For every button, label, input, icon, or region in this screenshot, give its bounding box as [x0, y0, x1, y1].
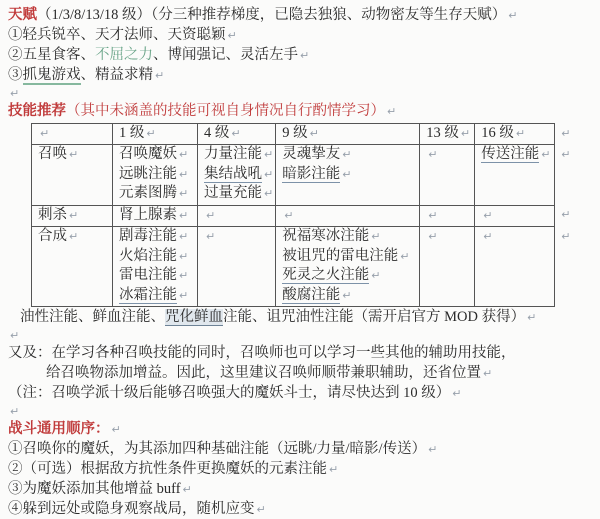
- talent-item-1: ①轻兵锐卒、天才法师、天资聪颖↵: [8, 25, 592, 45]
- level-header-label: 4 级: [204, 125, 229, 141]
- paragraph-mark: ↵: [561, 127, 570, 140]
- skill-cell: ↵: [420, 205, 475, 227]
- talent-item-2: ②五星食客、不屈之力、博闻强记、灵活左手↵: [8, 45, 592, 65]
- skill-name: 远眺注能: [119, 166, 177, 182]
- text-run: ①轻兵锐卒、天才法师、天资聪颖: [8, 27, 226, 43]
- skill-table-row: 召唤↵召唤魔妖↵远眺注能↵元素图腾↵力量注能↵集结战吼↵过量充能↵灵魂挚友↵暗影…: [32, 145, 583, 206]
- skills-footnote: 油性注能、鲜血注能、咒化鲜血注能、诅咒油性注能（需开启官方 MOD 获得）↵: [8, 307, 592, 327]
- skill-line: 雷电注能↵: [119, 266, 195, 286]
- skill-name: 灵魂挚友: [282, 146, 340, 162]
- paragraph-mark: ↵: [561, 148, 570, 161]
- styled-text-run: 技能推荐: [8, 103, 66, 119]
- paragraph-mark: ↵: [508, 9, 517, 22]
- skill-line: 冰霜注能↵: [119, 286, 195, 306]
- level-header-cell: 9 级↵: [276, 124, 420, 145]
- paragraph-mark: ↵: [371, 269, 380, 282]
- paragraph-mark: ↵: [206, 209, 215, 222]
- skill-cell: 召唤魔妖↵远眺注能↵元素图腾↵: [113, 145, 198, 206]
- paragraph-mark: ↵: [400, 250, 409, 263]
- skill-name: 传送注能: [481, 146, 539, 163]
- skill-line: 力量注能↵: [204, 145, 273, 165]
- paragraph-mark: ↵: [329, 463, 338, 476]
- skill-line: 远眺注能↵: [119, 165, 195, 185]
- paragraph-mark: ↵: [69, 230, 78, 243]
- paragraph-mark: ↵: [183, 483, 192, 496]
- school-label: 合成: [38, 228, 67, 244]
- text-run: （注：召唤学派十级后能够召唤强大的魔妖斗士，请尽快达到 10 级）: [8, 385, 450, 401]
- skill-cell: 力量注能↵集结战吼↵过量充能↵: [198, 145, 276, 206]
- skill-name: 元素图腾: [119, 185, 177, 201]
- skill-name: 召唤魔妖: [119, 146, 177, 162]
- skill-name: 肾上腺素: [119, 207, 177, 223]
- document-page: 天赋（1/3/8/13/18 级）（分三种推荐梯度，已隐去独狼、动物密友等生存天…: [0, 0, 600, 519]
- paragraph-mark: ↵: [179, 269, 188, 282]
- skill-table-row: 合成↵剧毒注能↵火焰注能↵雷电注能↵冰霜注能↵↵祝福寒冰注能↵被诅咒的雷电注能↵…: [32, 227, 583, 307]
- blank-paragraph: ↵: [8, 85, 592, 101]
- paragraph-mark: ↵: [452, 387, 461, 400]
- combat-heading: 战斗通用顺序：↵: [8, 419, 592, 439]
- addendum-line-1: 又及：在学习各种召唤技能的同时，召唤师也可以学习一些其他的辅助用技能，: [8, 343, 592, 363]
- skill-name: 酸腐注能: [282, 287, 340, 304]
- paragraph-mark: ↵: [69, 209, 78, 222]
- paragraph-mark: ↵: [179, 230, 188, 243]
- level-header-label: 16 级: [481, 125, 514, 141]
- skill-line: 被诅咒的雷电注能↵: [282, 247, 417, 267]
- school-label-cell: 召唤↵: [32, 145, 113, 206]
- skill-cell: 肾上腺素↵: [113, 205, 198, 227]
- paragraph-mark: ↵: [257, 503, 266, 516]
- text-run: 、精益求精: [81, 67, 154, 83]
- text-run: 给召唤物添加增益。因此，这里建议召唤师顺带兼职辅助，还省位置: [46, 365, 481, 381]
- paragraph-mark: ↵: [231, 127, 240, 140]
- styled-text-run: 不屈之力: [95, 47, 153, 63]
- level-header-label: 13 级: [426, 125, 459, 141]
- skill-line: 过量充能↵: [204, 184, 273, 204]
- level-header-label: 9 级: [282, 125, 307, 141]
- combat-step-1: ①召唤你的魔妖，为其添加四种基础注能（远眺/力量/暗影/传送）↵: [8, 439, 592, 459]
- text-run: ④躲到远处或隐身观察战局，随机应变: [8, 501, 255, 517]
- paragraph-mark: ↵: [10, 329, 19, 342]
- paragraph-mark: ↵: [146, 127, 155, 140]
- addendum-note: （注：召唤学派十级后能够召唤强大的魔妖斗士，请尽快达到 10 级）↵: [8, 383, 592, 403]
- skill-table-row: 刺杀↵肾上腺素↵↵↵↵↵↵: [32, 205, 583, 227]
- text-run: ③: [8, 67, 23, 83]
- paragraph-mark: ↵: [541, 148, 550, 161]
- paragraph-mark: ↵: [179, 168, 188, 181]
- school-label: 召唤: [38, 146, 67, 162]
- skill-line: 死灵之火注能↵: [282, 266, 417, 286]
- paragraph-mark: ↵: [428, 148, 437, 161]
- skill-line: 火焰注能↵: [119, 247, 195, 267]
- text-run: ②（可选）根据敌方抗性条件更换魔妖的元素注能: [8, 461, 327, 477]
- text-run: 又及：在学习各种召唤技能的同时，召唤师也可以学习一些其他的辅助用技能，: [8, 345, 516, 361]
- paragraph-mark: ↵: [69, 148, 78, 161]
- skill-line: 祝福寒冰注能↵: [282, 227, 417, 247]
- paragraph-mark: ↵: [516, 127, 525, 140]
- paragraph-mark: ↵: [179, 148, 188, 161]
- skill-cell: 剧毒注能↵火焰注能↵雷电注能↵冰霜注能↵: [113, 227, 198, 307]
- skill-cell: ↵: [276, 205, 420, 227]
- blank-paragraph: ↵: [8, 327, 592, 343]
- row-end-mark-cell: ↵: [555, 227, 583, 307]
- skill-name: 死灵之火注能: [282, 267, 369, 284]
- paragraph-mark: ↵: [284, 209, 293, 222]
- level-header-cell: ↵: [32, 124, 113, 145]
- paragraph-mark: ↵: [264, 168, 273, 181]
- paragraph-mark: ↵: [428, 209, 437, 222]
- paragraph-mark: ↵: [527, 311, 536, 324]
- paragraph-mark: ↵: [300, 49, 309, 62]
- paragraph-mark: ↵: [428, 230, 437, 243]
- paragraph-mark: ↵: [112, 423, 121, 436]
- skill-line: 肾上腺素↵: [119, 206, 195, 226]
- addendum-line-2: 给召唤物添加增益。因此，这里建议召唤师顺带兼职辅助，还省位置↵: [8, 363, 592, 383]
- paragraph-mark: ↵: [371, 230, 380, 243]
- skill-cell: 灵魂挚友↵暗影注能↵: [276, 145, 420, 206]
- skill-name: 火焰注能: [119, 248, 177, 264]
- blank-paragraph: ↵: [8, 403, 592, 419]
- skill-cell: ↵: [420, 227, 475, 307]
- paragraph-mark: ↵: [179, 250, 188, 263]
- skill-cell: ↵: [198, 227, 276, 307]
- skill-name: 雷电注能: [119, 267, 177, 283]
- styled-text-run: 抓鬼游戏: [23, 67, 81, 85]
- text-run: 注能、诅咒油性注能（需开启官方 MOD 获得）: [223, 309, 525, 325]
- skill-name: 力量注能: [204, 146, 262, 162]
- row-end-mark-cell: ↵: [555, 124, 583, 145]
- talent-item-3: ③抓鬼游戏、精益求精↵: [8, 65, 592, 85]
- styled-text-run: 天赋: [8, 7, 37, 23]
- skill-line: 剧毒注能↵: [119, 227, 195, 247]
- paragraph-mark: ↵: [561, 208, 570, 221]
- paragraph-mark: ↵: [461, 127, 470, 140]
- skill-name: 剧毒注能: [119, 228, 177, 244]
- skill-line: 元素图腾↵: [119, 184, 195, 204]
- level-header-cell: 4 级↵: [198, 124, 276, 145]
- paragraph-mark: ↵: [342, 148, 351, 161]
- text-run: ②五星食客、: [8, 47, 95, 63]
- paragraph-mark: ↵: [179, 289, 188, 302]
- skill-name: 暗影注能: [282, 166, 340, 183]
- text-run: 油性注能、鲜血注能、: [20, 309, 165, 325]
- paragraph-mark: ↵: [228, 29, 237, 42]
- row-end-mark-cell: ↵: [555, 205, 583, 227]
- paragraph-mark: ↵: [483, 367, 492, 380]
- row-end-mark-cell: ↵: [555, 145, 583, 206]
- combat-step-2: ②（可选）根据敌方抗性条件更换魔妖的元素注能↵: [8, 459, 592, 479]
- text-run: （1/3/8/13/18 级）（分三种推荐梯度，已隐去独狼、动物密友等生存天赋）: [37, 7, 506, 23]
- paragraph-mark: ↵: [483, 209, 492, 222]
- skill-cell: ↵: [475, 205, 555, 227]
- table-header-row: ↵1 级↵4 级↵9 级↵13 级↵16 级↵↵: [32, 124, 583, 145]
- paragraph-mark: ↵: [483, 230, 492, 243]
- level-header-cell: 1 级↵: [113, 124, 198, 145]
- skills-table: ↵1 级↵4 级↵9 级↵13 级↵16 级↵↵召唤↵召唤魔妖↵远眺注能↵元素图…: [31, 123, 583, 307]
- paragraph-mark: ↵: [264, 148, 273, 161]
- skill-cell: ↵: [420, 145, 475, 206]
- paragraph-mark: ↵: [179, 209, 188, 222]
- skill-name: 集结战吼: [204, 166, 262, 183]
- paragraph-mark: ↵: [387, 105, 396, 118]
- paragraph-mark: ↵: [10, 87, 19, 100]
- skills-heading: 技能推荐（其中未涵盖的技能可视自身情况自行酌情学习）↵: [8, 101, 592, 121]
- styled-text-run: 战斗通用顺序：: [8, 421, 110, 437]
- paragraph-mark: ↵: [155, 69, 164, 82]
- paragraph-mark: ↵: [342, 289, 351, 302]
- school-label: 刺杀: [38, 207, 67, 223]
- paragraph-mark: ↵: [179, 187, 188, 200]
- skill-name: 冰霜注能: [119, 287, 177, 304]
- level-header-cell: 13 级↵: [420, 124, 475, 145]
- skill-cell: 传送注能↵: [475, 145, 555, 206]
- skill-line: 酸腐注能↵: [282, 286, 417, 306]
- skill-line: 传送注能↵: [481, 145, 552, 165]
- paragraph-mark: ↵: [10, 405, 19, 418]
- skill-name: 祝福寒冰注能: [282, 228, 369, 244]
- skill-line: 灵魂挚友↵: [282, 145, 417, 165]
- skill-name: 被诅咒的雷电注能: [282, 248, 398, 264]
- skill-cell: ↵: [198, 205, 276, 227]
- school-label-cell: 合成↵: [32, 227, 113, 307]
- styled-text-run: 咒化鲜血: [165, 309, 223, 326]
- combat-step-3: ③为魔妖添加其他增益 buff↵: [8, 479, 592, 499]
- skill-line: 召唤魔妖↵: [119, 145, 195, 165]
- paragraph-mark: ↵: [428, 443, 437, 456]
- school-label-cell: 刺杀↵: [32, 205, 113, 227]
- paragraph-mark: ↵: [40, 127, 49, 140]
- combat-step-4: ④躲到远处或隐身观察战局，随机应变↵: [8, 499, 592, 519]
- paragraph-mark: ↵: [342, 168, 351, 181]
- skill-cell: ↵: [475, 227, 555, 307]
- text-run: ①召唤你的魔妖，为其添加四种基础注能（远眺/力量/暗影/传送）: [8, 441, 426, 457]
- text-run: 、博闻强记、灵活左手: [153, 47, 298, 63]
- text-run: ③为魔妖添加其他增益 buff: [8, 481, 181, 497]
- paragraph-mark: ↵: [264, 187, 273, 200]
- level-header-label: 1 级: [119, 125, 144, 141]
- skill-name: 过量充能: [204, 185, 262, 201]
- skill-line: 集结战吼↵: [204, 165, 273, 185]
- skill-line: 暗影注能↵: [282, 165, 417, 185]
- skill-cell: 祝福寒冰注能↵被诅咒的雷电注能↵死灵之火注能↵酸腐注能↵: [276, 227, 420, 307]
- talent-heading: 天赋（1/3/8/13/18 级）（分三种推荐梯度，已隐去独狼、动物密友等生存天…: [8, 5, 592, 25]
- paragraph-mark: ↵: [206, 230, 215, 243]
- styled-text-run: （其中未涵盖的技能可视自身情况自行酌情学习）: [66, 103, 385, 119]
- paragraph-mark: ↵: [310, 127, 319, 140]
- paragraph-mark: ↵: [561, 230, 570, 243]
- level-header-cell: 16 级↵: [475, 124, 555, 145]
